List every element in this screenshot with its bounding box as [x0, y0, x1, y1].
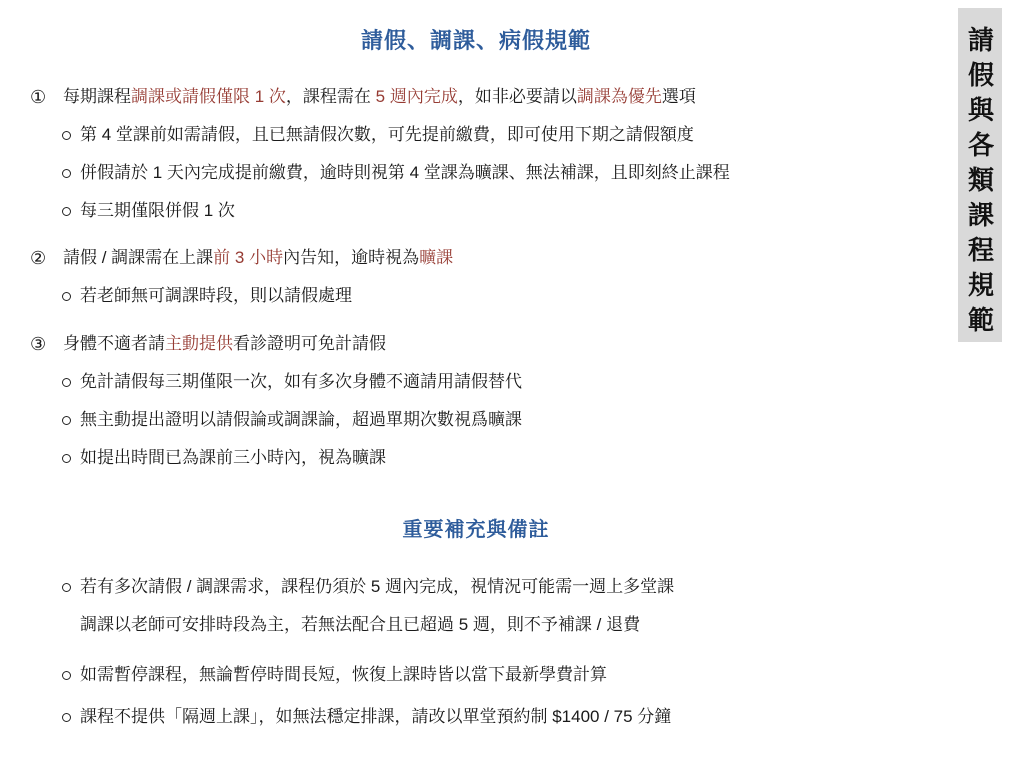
circle-bullet-icon	[62, 131, 71, 140]
sub-bullet-text: 免計請假每三期僅限一次，如有多次身體不適請用請假替代	[80, 370, 522, 394]
circle-bullet-icon	[62, 207, 71, 216]
highlighted-text: 調課或請假僅限 1 次	[131, 87, 286, 106]
circle-bullet-icon	[62, 583, 71, 592]
circle-bullet-icon	[62, 169, 71, 178]
rule-text-2: 請假 / 調課需在上課前 3 小時內告知，逾時視為曠課	[63, 246, 453, 270]
page-title: 請假、調課、病假規範	[0, 28, 952, 54]
notes-title: 重要補充與備註	[0, 517, 952, 543]
sub-bullet-row: 無主動提出證明以請假論或調課論，超過單期次數視爲曠課	[62, 408, 952, 432]
rule-item-1: ① 每期課程調課或請假僅限 1 次，課程需在 5 週內完成，如非必要請以調課為優…	[30, 85, 952, 109]
text-segment: ，課程需在	[286, 87, 376, 106]
sub-bullet-row: 若老師無可調課時段，則以請假處理	[62, 284, 952, 308]
text-segment: 內告知，逾時視為	[283, 248, 419, 267]
circled-number-2: ②	[30, 246, 63, 270]
sub-bullet-text: 第 4 堂課前如需請假，且已無請假次數，可先提前繳費，即可使用下期之請假額度	[80, 123, 694, 147]
text-segment: 選項	[662, 87, 696, 106]
note-row-3: 課程不提供「隔週上課」，如無法穩定排課，請改以單堂預約制 $1400 / 75 …	[62, 705, 952, 729]
sub-bullet-row: 併假請於 1 天內完成提前繳費，逾時則視第 4 堂課為曠課、無法補課，且即刻終止…	[62, 161, 952, 185]
circle-bullet-icon	[62, 454, 71, 463]
circle-bullet-icon	[62, 292, 71, 301]
sub-bullet-row: 免計請假每三期僅限一次，如有多次身體不適請用請假替代	[62, 370, 952, 394]
rule-item-2: ② 請假 / 調課需在上課前 3 小時內告知，逾時視為曠課	[30, 246, 952, 270]
sub-bullet-text: 併假請於 1 天內完成提前繳費，逾時則視第 4 堂課為曠課、無法補課，且即刻終止…	[80, 161, 730, 185]
text-segment: 請假 / 調課需在上課	[63, 248, 213, 267]
note-text: 如需暫停課程，無論暫停時間長短，恢復上課時皆以當下最新學費計算	[80, 663, 607, 687]
main-content: 請假、調課、病假規範 ① 每期課程調課或請假僅限 1 次，課程需在 5 週內完成…	[0, 0, 952, 729]
slide: 請假、調課、病假規範 ① 每期課程調課或請假僅限 1 次，課程需在 5 週內完成…	[0, 0, 1024, 768]
highlighted-text: 調課為優先	[577, 87, 662, 106]
rule-item-3: ③ 身體不適者請主動提供看診證明可免計請假	[30, 332, 952, 356]
sub-bullet-row: 每三期僅限併假 1 次	[62, 199, 952, 223]
note-row-1: 若有多次請假 / 調課需求，課程仍須於 5 週內完成，視情況可能需一週上多堂課	[62, 575, 952, 599]
text-segment: 每期課程	[63, 87, 131, 106]
circled-number-1: ①	[30, 85, 63, 109]
note-continuation: 調課以老師可安排時段為主，若無法配合且已超過 5 週，則不予補課 / 退費	[80, 613, 952, 637]
sub-bullet-text: 每三期僅限併假 1 次	[80, 199, 235, 223]
sidebar-tab: 請假與各類課程規範	[958, 8, 1002, 342]
text-segment: 看診證明可免計請假	[233, 334, 386, 353]
circle-bullet-icon	[62, 378, 71, 387]
note-text: 若有多次請假 / 調課需求，課程仍須於 5 週內完成，視情況可能需一週上多堂課	[80, 575, 674, 599]
highlighted-text: 5 週內完成	[376, 87, 458, 106]
circle-bullet-icon	[62, 416, 71, 425]
note-text: 課程不提供「隔週上課」，如無法穩定排課，請改以單堂預約制 $1400 / 75 …	[80, 705, 671, 729]
sub-bullet-row: 如提出時間已為課前三小時內，視為曠課	[62, 446, 952, 470]
sub-bullet-text: 若老師無可調課時段，則以請假處理	[80, 284, 352, 308]
sub-bullet-text: 無主動提出證明以請假論或調課論，超過單期次數視爲曠課	[80, 408, 522, 432]
note-row-2: 如需暫停課程，無論暫停時間長短，恢復上課時皆以當下最新學費計算	[62, 663, 952, 687]
circle-bullet-icon	[62, 713, 71, 722]
highlighted-text: 曠課	[419, 248, 453, 267]
highlighted-text: 主動提供	[165, 334, 233, 353]
rule-text-3: 身體不適者請主動提供看診證明可免計請假	[63, 332, 386, 356]
sub-bullet-row: 第 4 堂課前如需請假，且已無請假次數，可先提前繳費，即可使用下期之請假額度	[62, 123, 952, 147]
circle-bullet-icon	[62, 671, 71, 680]
text-segment: 身體不適者請	[63, 334, 165, 353]
text-segment: ，如非必要請以	[458, 87, 577, 106]
sidebar-vertical-title: 請假與各類課程規範	[962, 8, 999, 342]
circled-number-3: ③	[30, 332, 63, 356]
rule-text-1: 每期課程調課或請假僅限 1 次，課程需在 5 週內完成，如非必要請以調課為優先選…	[63, 85, 696, 109]
highlighted-text: 前 3 小時	[213, 248, 283, 267]
sub-bullet-text: 如提出時間已為課前三小時內，視為曠課	[80, 446, 386, 470]
